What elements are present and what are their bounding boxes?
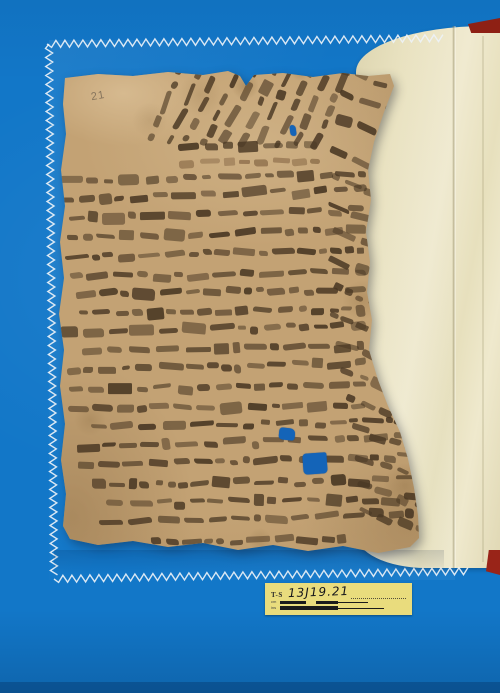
ink-word [261,228,282,235]
ink-word [272,404,280,409]
parchment-stain [74,404,106,436]
ink-word [196,210,211,217]
ink-word [256,125,270,146]
ink-word [166,538,179,544]
ink-word [194,458,213,464]
text-line-header-centered [185,141,317,151]
ink-word [378,220,393,230]
ink-word [86,271,108,281]
ink-word [316,74,329,92]
ink-word [330,309,339,314]
ink-word [334,187,349,192]
ink-word [70,272,83,280]
text-line-main-text [66,169,366,185]
classmark-prefix: T-S [271,591,283,599]
ink-word [244,344,267,350]
ink-word [314,511,339,521]
ink-word [228,73,239,89]
ink-word [312,477,324,483]
ink-word [347,454,368,463]
ink-word [388,437,401,446]
text-line-margin-diagonal [335,338,413,374]
ink-word [114,196,124,202]
ink-word [405,508,414,519]
ink-word [202,175,211,180]
ink-word [82,348,102,356]
ink-word [175,441,198,447]
ink-word [233,247,255,256]
ink-word [197,384,210,392]
ink-word [292,360,309,366]
ink-word [159,90,171,115]
ink-word [358,171,366,177]
ink-word [273,140,280,149]
ink-word [355,358,366,366]
ink-word [92,309,110,315]
text-line-main-text [75,401,365,413]
text-line-main-text [67,357,366,375]
ink-word [354,262,370,275]
ink-word [379,461,393,471]
ink-word [355,269,366,275]
ink-word [286,323,296,328]
ink-word [253,306,273,313]
ink-word [230,540,243,546]
ink-word [83,328,104,338]
ink-word [232,342,240,353]
ink-word [252,456,277,466]
ink-word [357,247,364,253]
ink-word [355,121,377,137]
ink-word [223,142,233,149]
ink-word [315,422,326,428]
ink-word [372,476,390,483]
ink-word [394,432,418,439]
ink-word [242,185,268,198]
ink-word [386,417,394,424]
ink-word [222,436,246,445]
ink-word [265,173,274,177]
scale-caption-cm: cm [271,600,280,604]
ink-word [213,343,228,354]
ink-word [200,137,209,146]
text-line-main-text [68,205,364,223]
text-line-margin-diagonal [332,226,404,258]
ink-word [393,416,417,432]
ink-word [388,511,403,519]
ink-word [359,506,372,516]
ink-word [183,173,198,179]
ink-word [178,143,200,151]
ink-word [188,117,200,131]
text-line-margin-diagonal [351,422,429,457]
ink-word [236,383,251,389]
ink-word [83,367,93,373]
ink-word [297,170,315,182]
ink-word [66,367,81,376]
ink-word [282,343,305,352]
ink-word [286,141,298,148]
ink-word [120,291,129,298]
scale-segment [280,601,306,604]
ink-word [92,478,106,488]
ink-word [153,115,163,128]
ink-word [325,493,342,506]
ink-word [277,170,294,178]
ink-word [310,268,328,274]
ink-word [68,406,89,413]
ink-word [78,461,95,469]
ink-word [368,298,390,310]
ink-word [197,308,213,317]
ink-word [219,92,230,106]
ink-word [186,364,204,370]
ink-word [395,493,410,506]
ink-word [203,75,216,94]
text-line-address-diagonal [272,58,318,150]
text-line-main-text [86,452,420,470]
ink-word [260,209,285,215]
ink-word [284,228,294,236]
ink-word [137,387,148,393]
ink-word [254,383,265,390]
ink-word [363,187,383,199]
text-line-main-text [65,225,365,242]
ink-word [204,442,218,449]
ink-word [104,179,113,183]
ink-word [337,534,347,544]
text-line-main-text [88,431,418,451]
ink-word [187,231,202,238]
ink-word [362,498,379,504]
ink-word [343,512,365,518]
ink-word [347,435,359,441]
pencil-foliation-number: 21 [90,89,106,103]
ink-word [108,383,132,394]
ink-word [404,493,418,501]
ink-word [215,538,224,544]
ink-word [180,310,194,315]
ink-word [280,455,292,462]
ink-word [327,201,350,214]
ink-word [254,514,262,521]
ink-word [190,499,205,504]
ink-word [395,417,404,424]
ink-word [289,286,299,293]
ink-word [263,143,283,148]
ink-word [63,198,74,203]
ink-word [118,253,136,262]
ink-word [128,516,152,525]
blue-ink-spot [278,427,295,441]
ink-word [237,141,258,153]
ink-word [348,205,364,212]
ink-word [121,366,129,371]
ink-word [260,419,269,425]
ink-word [106,499,124,505]
ink-word [173,404,192,410]
ink-word [247,403,266,411]
ink-word [267,361,286,366]
ink-word [91,425,107,430]
ink-word [128,478,136,490]
ink-word [186,272,209,282]
ink-word [369,272,383,281]
text-line-address-diagonal [182,58,225,144]
ink-word [324,227,342,236]
ink-word [98,367,116,374]
ink-word [274,534,293,543]
ink-word [251,441,259,449]
ink-word [359,374,369,381]
ink-word [313,186,327,195]
ink-word [159,328,178,334]
ink-word [205,143,218,150]
ink-word [146,307,164,320]
ink-word [217,210,237,216]
ink-word [385,104,407,116]
ink-word [328,255,350,270]
ink-word [397,467,410,476]
ink-word [388,279,411,289]
ink-word [214,248,231,255]
ink-word [361,349,379,363]
text-line-address-diagonal [290,65,333,147]
text-line-margin-diagonal [335,114,404,145]
ink-word [334,344,352,354]
ink-word [160,287,182,295]
text-line-margin-diagonal [333,282,407,316]
ink-word [328,93,338,104]
text-line-address-diagonal [254,60,297,146]
ink-word [95,234,114,240]
ink-word [304,289,314,295]
ink-word [322,456,344,463]
text-line-margin-diagonal [359,504,428,535]
ink-word [61,326,78,337]
ink-word [264,324,282,332]
ink-word [175,66,183,75]
ink-word [349,418,359,423]
ink-word [290,98,301,112]
ink-word [223,191,239,198]
ink-word [351,320,367,331]
ink-word [266,287,284,295]
ink-word [313,226,322,232]
text-line-main-text [84,416,418,432]
ink-word [174,272,183,277]
ink-word [373,80,388,88]
sleeve-zigzag-edge [47,35,443,48]
ink-word [289,207,305,214]
ink-word [102,252,113,257]
ink-word [383,358,398,367]
ink-word [135,364,152,371]
manuscript-fragment: 21 [58,64,422,556]
ink-word [92,404,113,412]
ink-word [324,104,334,117]
ink-word [295,79,308,97]
ink-word [388,246,400,255]
ink-word [328,381,349,389]
ink-word [296,247,315,254]
parchment-stain [342,280,382,320]
ink-word [287,383,298,389]
ink-word [247,363,265,369]
ink-word [157,499,172,504]
ink-word [69,386,83,392]
ink-word [256,287,265,293]
ink-word [189,252,199,257]
ink-word [204,539,213,544]
classmark-row: T-S 13J19.21 [271,586,406,599]
ink-word [329,145,349,159]
ink-word [76,443,99,452]
blue-ink-spot [302,452,327,475]
ink-word [243,423,254,429]
ink-word [281,68,294,88]
ink-word [353,381,366,387]
ink-word [228,497,250,503]
ink-word [351,211,376,223]
ink-word [102,212,125,224]
ink-word [140,232,160,240]
ink-word [237,326,245,330]
text-line-margin-diagonal [327,200,403,234]
ink-word [269,382,283,387]
ink-word [308,436,328,441]
ink-word [339,367,354,378]
ink-word [79,310,88,314]
ink-word [216,423,238,428]
ink-word [216,383,232,390]
parchment-stain [231,72,259,100]
ink-word [150,537,160,545]
ink-word [267,497,277,505]
ink-word [275,89,286,101]
ink-word [109,328,128,334]
text-line-main-text [71,341,364,356]
ink-word [65,254,89,261]
ink-word [383,455,395,462]
ink-word [209,231,231,239]
text-line-header-centered [180,157,320,167]
ink-word [218,129,233,146]
ink-word [182,133,191,142]
ink-word [240,269,255,277]
ink-word [294,482,306,488]
ink-word [265,514,288,523]
ink-word [102,443,116,448]
ink-word [254,480,274,485]
text-line-margin-diagonal [328,254,406,290]
ink-word [308,344,330,349]
ink-word [272,247,295,254]
ink-word [335,341,359,352]
classmark-dotted-line [351,587,406,599]
text-line-margin-diagonal [339,366,420,403]
ink-word [174,501,185,509]
ink-word [397,452,420,458]
ink-word [201,190,216,196]
ink-word [203,249,212,256]
parchment-stain [383,463,427,507]
scale-bar-inches: ins [271,605,406,611]
ink-word [92,254,100,260]
ink-word [153,192,168,198]
parchment-stain [132,102,168,138]
text-line-main-text [92,474,418,489]
text-line-address-diagonal [308,63,353,150]
ink-word [341,307,352,311]
parchment-stain [291,63,309,81]
ink-word [183,83,196,107]
ink-word [167,211,191,220]
ink-word [357,480,373,490]
ink-word [231,516,250,522]
ink-word [291,514,309,521]
ink-word [331,268,348,275]
ink-word [174,458,190,465]
text-line-margin-diagonal [339,88,404,117]
ink-word [345,394,356,404]
ink-word [98,460,120,467]
ink-word [212,476,231,489]
ink-word [296,536,318,545]
ink-word [276,419,294,426]
ink-word [118,174,139,185]
ink-word [354,321,368,332]
ink-word [149,459,168,467]
text-line-main-text [64,284,366,299]
ink-word [362,417,384,424]
ink-word [307,497,320,502]
ink-word [165,249,186,257]
ink-word [207,363,219,369]
ink-word [165,176,178,183]
scale-line [338,608,384,609]
scale-caption-ins: ins [271,606,280,610]
ink-word [158,515,181,523]
ink-word [270,343,279,350]
ink-word [348,478,370,487]
ink-word [263,437,284,442]
ink-word [298,323,309,331]
ink-word [182,539,202,545]
ink-word [360,400,375,411]
ink-word [140,212,165,221]
ink-word [239,160,250,164]
ink-word [360,237,384,250]
ink-word [319,171,332,178]
ink-word [394,304,417,321]
ink-word [215,458,225,464]
ink-word [224,158,236,167]
ink-word [344,287,354,296]
sleeve-zigzag-edge [46,44,58,575]
ink-word [147,132,155,142]
ink-word [166,309,176,314]
ink-word [344,246,353,254]
ink-word [377,407,392,419]
ink-word [383,193,403,205]
ink-word [203,288,221,296]
ink-word [334,435,345,443]
ink-word [354,455,375,466]
ink-word [267,101,278,121]
text-line-margin-diagonal [355,450,431,484]
ink-word [253,493,263,505]
